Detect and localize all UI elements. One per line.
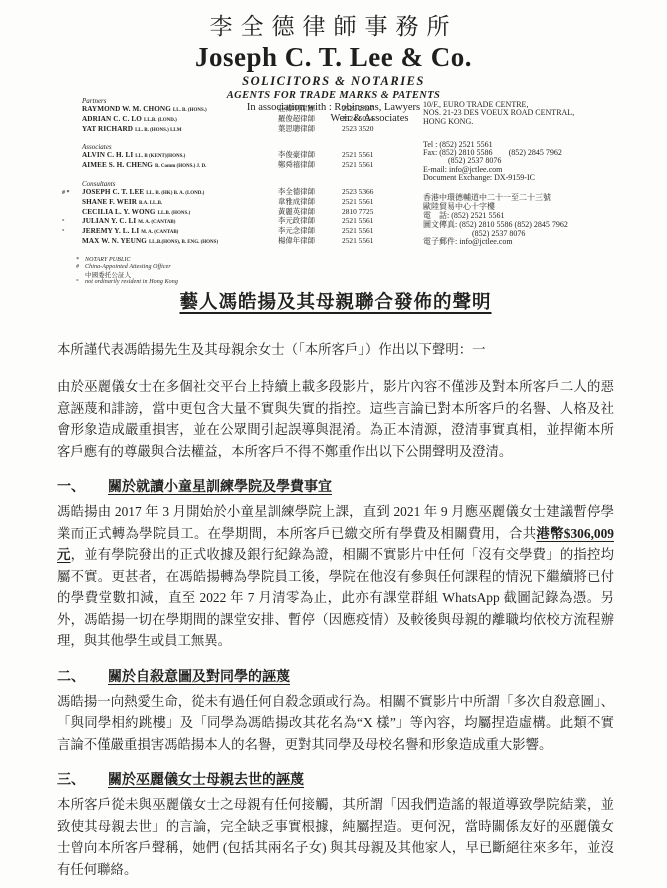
- footnote: 中國委托公証人: [76, 272, 382, 279]
- partners-label: Partners: [82, 97, 382, 105]
- footnotes: * NOTARY PUBLIC # China-Appointed Attest…: [76, 257, 382, 287]
- section-heading: 二、 關於自殺意圖及對同學的誣蔑: [57, 667, 614, 689]
- lawyer-name-en: MAX W. N. YEUNGLL.B.(HONS), B. ENG. (HON…: [82, 238, 278, 247]
- firm-name-zh: 李全德律師事務所: [0, 8, 667, 41]
- lawyer-name-en: SHANE F. WEIRB.A. LL.B.: [82, 199, 278, 208]
- lawyer-phone: 2523 2597: [342, 105, 382, 113]
- lawyer-name-zh: 李元政律師: [278, 217, 342, 225]
- lawyer-name-zh: 羅俊超律師: [278, 115, 342, 123]
- lawyer-name-zh: 莊偉明律師: [278, 105, 342, 113]
- statement: 藝人馮皓揚及其母親聯合發佈的聲明 本所謹代表馮皓揚先生及其母親余女士（「本所客戶…: [57, 290, 614, 880]
- lawyer-phone: 2521 5561: [342, 217, 382, 225]
- fax-zh-line: 圖文傳真: (852) 2810 5586 (852) 2845 7962: [423, 221, 658, 230]
- footnote: ° not ordinarily resident in Hong Kong: [76, 279, 382, 286]
- lawyer-phone: 2523 3520: [342, 125, 382, 133]
- lawyer-quals: B.A. LL.B.: [139, 201, 162, 206]
- table-row: AIMEE S. H. CHENGB. Comm (HONS.) J. D. 鄭…: [62, 161, 382, 171]
- lawyer-quals: LL.B.(HONS), B. ENG. (HONS): [149, 240, 218, 245]
- lawyer-phone: 2524 5024: [342, 115, 382, 123]
- table-row: ALVIN C. H. LILL. B (KENT)(HONS.) 李俊豪律師 …: [62, 151, 382, 161]
- lawyer-name-en: CECILIA L. Y. WONGLL.B. (HONS.): [82, 209, 278, 218]
- table-row: # * JOSEPH C. T. LEELL. B. (HK) B. A. (L…: [62, 188, 382, 198]
- lawyer-name-zh: 李全德律師: [278, 188, 342, 196]
- lawyer-phone: 2521 5561: [342, 151, 382, 159]
- lawyer-quals: LL. B. (HK) B. A. (LOND.): [146, 191, 204, 196]
- lawyer-quals: LL. B. (HONS.): [173, 108, 207, 113]
- lawyer-name-en: JOSEPH C. T. LEELL. B. (HK) B. A. (LOND.…: [82, 189, 278, 198]
- document-exchange-line: Document Exchange: DX-9159-IC: [423, 174, 658, 182]
- consultants-label: Consultants: [82, 180, 382, 188]
- lawyer-name-en: ALVIN C. H. LILL. B (KENT)(HONS.): [82, 152, 278, 161]
- lawyer-name-zh: 黃麗英律師: [278, 208, 342, 216]
- section-body: 本所客戶從未與巫麗儀女士之母親有任何接觸，其所謂「因我們造謠的報道導致學院結業，…: [57, 794, 614, 880]
- lawyer-phone: 2521 5561: [342, 237, 382, 245]
- footnote: # China-Appointed Attesting Officer: [76, 264, 382, 271]
- lawyer-name-zh: 葉思聰律師: [278, 125, 342, 133]
- lawyer-phone: 2521 5561: [342, 161, 382, 169]
- section-number: 一、: [57, 477, 108, 499]
- table-row: ADRIAN C. C. LOLL.B. (LOND.) 羅俊超律師 2524 …: [62, 115, 382, 125]
- section-body: 馮皓揚一向熱愛生命，從未有過任何自殺念頭或行為。相關不實影片中所謂「多次自殺意圖…: [57, 691, 614, 756]
- lawyer-name-en: ADRIAN C. C. LOLL.B. (LOND.): [82, 116, 278, 125]
- marker: °: [62, 219, 82, 227]
- lawyer-name-en: JULIAN Y. C. LIM. A. (CANTAB): [82, 218, 278, 227]
- lawyer-phone: 2521 5561: [342, 227, 382, 235]
- section-heading: 三、 關於巫麗儀女士母親去世的誣蔑: [57, 770, 614, 792]
- lawyer-quals: LL. B (KENT)(HONS.): [135, 154, 185, 159]
- email-zh-line: 電子郵件: info@jctlee.com: [423, 238, 658, 247]
- statement-section-3: 三、 關於巫麗儀女士母親去世的誣蔑 本所客戶從未與巫麗儀女士之母親有任何接觸，其…: [57, 770, 614, 880]
- address-en-line: HONG KONG.: [423, 118, 658, 126]
- lawyer-phone: 2523 5366: [342, 188, 382, 196]
- lawyer-name-zh: 李元念律師: [278, 227, 342, 235]
- table-row: CECILIA L. Y. WONGLL.B. (HONS.) 黃麗英律師 28…: [62, 208, 382, 218]
- table-row: MAX W. N. YEUNGLL.B.(HONS), B. ENG. (HON…: [62, 237, 382, 247]
- firm-subtitle-solicitors: SOLICITORS & NOTARIES: [0, 74, 667, 89]
- table-row: SHANE F. WEIRB.A. LL.B. 韋雅成律師 2521 5561: [62, 198, 382, 208]
- lawyer-quals: LL.B. (HONS.): [158, 211, 191, 216]
- lawyer-name-zh: 鄭舜禧律師: [278, 161, 342, 169]
- lawyer-phone: 2521 5561: [342, 198, 382, 206]
- lawyer-name-zh: 李俊豪律師: [278, 151, 342, 159]
- associates-label: Associates: [82, 143, 382, 151]
- contact-block: 10/F., EURO TRADE CENTRE, NOS. 21-23 DES…: [423, 101, 658, 247]
- table-row: YAT RICHARDLL. B. (HONS.) LLM 葉思聰律師 2523…: [62, 125, 382, 135]
- lawyer-quals: B. Comm (HONS.) J. D.: [155, 164, 206, 169]
- table-row: ° JEREMY Y. L. LIM. A. (CANTAB) 李元念律師 25…: [62, 227, 382, 237]
- table-row: ° JULIAN Y. C. LIM. A. (CANTAB) 李元政律師 25…: [62, 217, 382, 227]
- section-body: 馮皓揚由 2017 年 3 月開始於小童星訓練學院上課，直到 2021 年 9 …: [57, 501, 614, 652]
- lawyer-name-en: AIMEE S. H. CHENGB. Comm (HONS.) J. D.: [82, 162, 278, 171]
- staff-list: Partners RAYMOND W. M. CHONGLL. B. (HONS…: [62, 97, 382, 286]
- statement-intro: 本所謹代表馮皓揚先生及其母親余女士（「本所客戶」）作出以下聲明：一: [57, 340, 614, 360]
- statement-title: 藝人馮皓揚及其母親聯合發佈的聲明: [57, 290, 614, 316]
- section-number: 三、: [57, 770, 108, 792]
- lawyer-quals: M. A. (CANTAB): [138, 220, 175, 225]
- statement-section-2: 二、 關於自殺意圖及對同學的誣蔑 馮皓揚一向熱愛生命，從未有過任何自殺念頭或行為…: [57, 667, 614, 756]
- statement-section-1: 一、 關於就讀小童星訓練學院及學費事宜 馮皓揚由 2017 年 3 月開始於小童…: [57, 477, 614, 652]
- statement-opening-paragraph: 由於巫麗儀女士在多個社交平台上持續上載多段影片，影片內容不僅涉及對本所客戶二人的…: [57, 376, 614, 462]
- marker: # *: [62, 190, 82, 198]
- firm-name-en: Joseph C. T. Lee & Co.: [0, 42, 667, 73]
- lawyer-quals: LL. B. (HONS.) LLM: [135, 128, 181, 133]
- section-heading: 一、 關於就讀小童星訓練學院及學費事宜: [57, 477, 614, 499]
- lawyer-name-zh: 楊偉年律師: [278, 237, 342, 245]
- section-number: 二、: [57, 667, 108, 689]
- lawyer-quals: M. A. (CANTAB): [141, 230, 178, 235]
- lawyer-name-en: YAT RICHARDLL. B. (HONS.) LLM: [82, 126, 278, 135]
- letterhead-page: 李全德律師事務所 Joseph C. T. Lee & Co. SOLICITO…: [0, 0, 667, 888]
- table-row: RAYMOND W. M. CHONGLL. B. (HONS.) 莊偉明律師 …: [62, 105, 382, 115]
- marker: °: [62, 229, 82, 237]
- lawyer-quals: LL.B. (LOND.): [144, 118, 177, 123]
- lawyer-name-en: JEREMY Y. L. LIM. A. (CANTAB): [82, 228, 278, 237]
- lawyer-phone: 2810 7725: [342, 208, 382, 216]
- lawyer-name-en: RAYMOND W. M. CHONGLL. B. (HONS.): [82, 106, 278, 115]
- lawyer-name-zh: 韋雅成律師: [278, 198, 342, 206]
